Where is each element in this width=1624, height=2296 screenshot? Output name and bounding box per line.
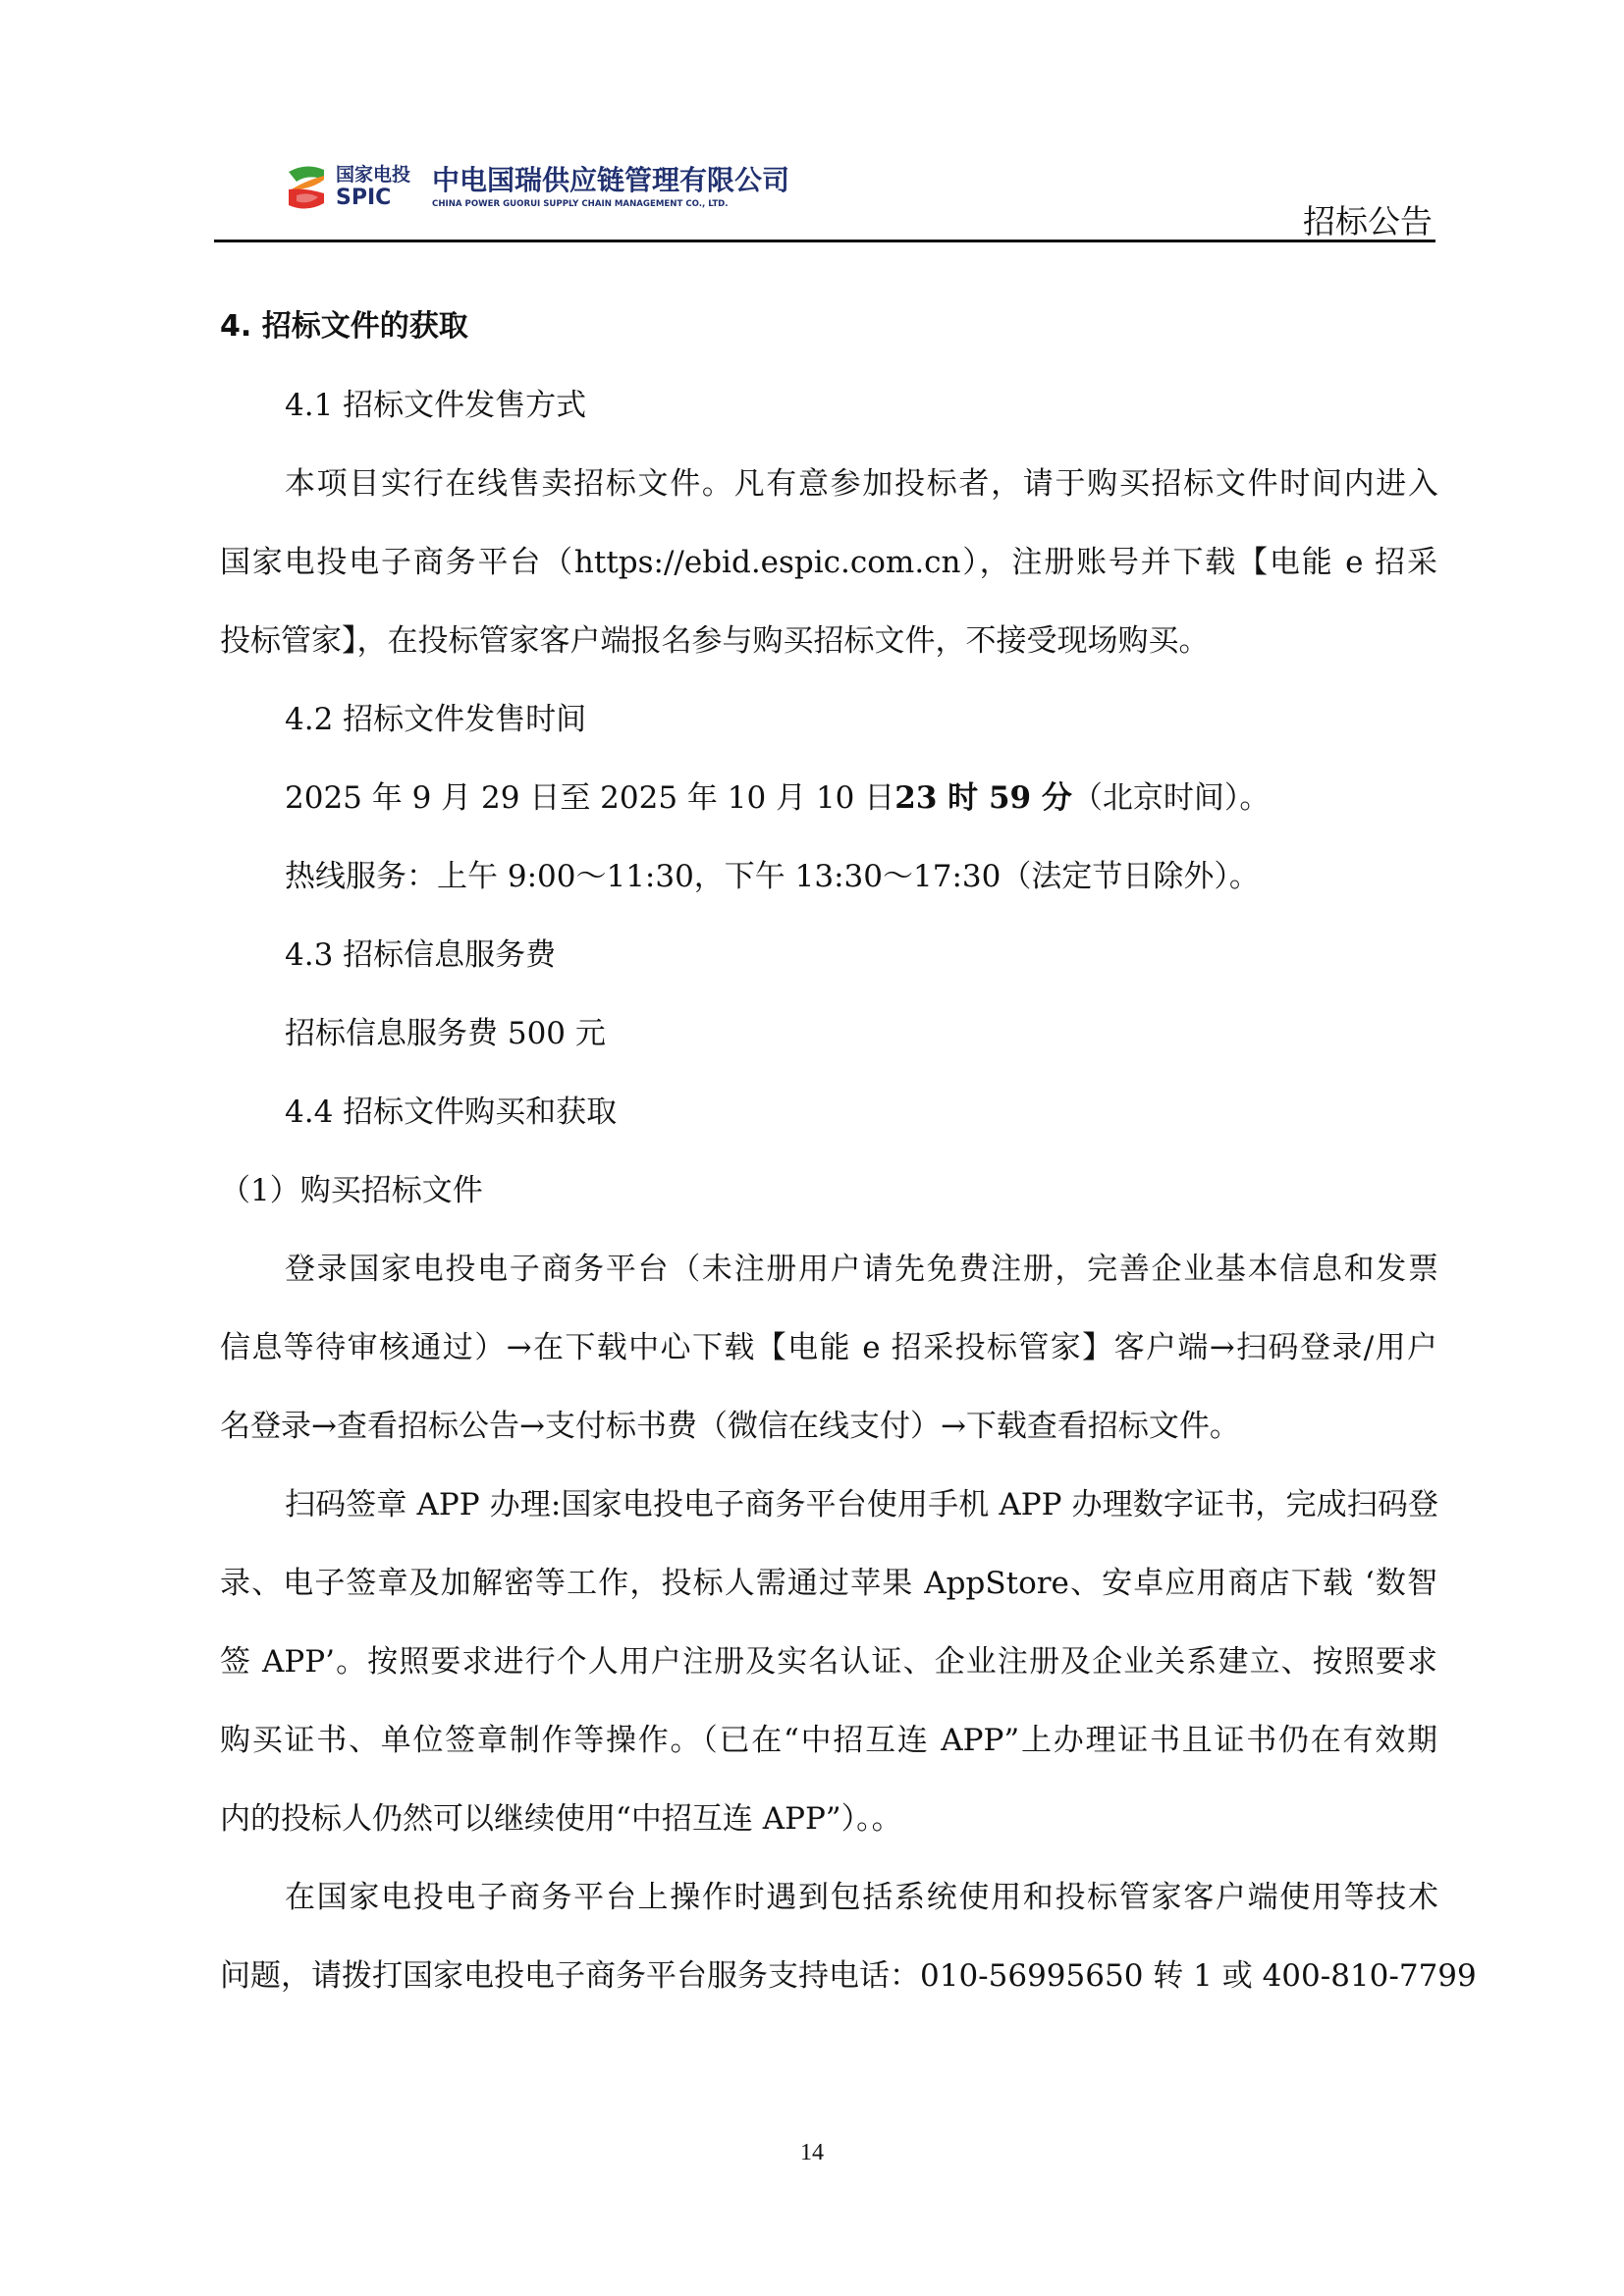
paragraph-line: 国家电投电子商务平台（https://ebid.espic.com.cn），注册… [220, 543, 1437, 582]
spic-logo-icon [285, 162, 328, 213]
subsection-4-1-title: 4.1 招标文件发售方式 [285, 386, 586, 425]
paragraph-line: 本项目实行在线售卖招标文件。凡有意参加投标者，请于购买招标文件时间内进入 [285, 464, 1438, 504]
sale-date-range: 2025 年 9 月 29 日至 2025 年 10 月 10 日 [285, 780, 894, 816]
paragraph-line: 投标管家】，在投标管家客户端报名参与购买招标文件，不接受现场购买。 [220, 621, 1210, 661]
brand-en: SPIC [336, 187, 410, 209]
sale-deadline-time: 23 时 59 分 [894, 780, 1072, 816]
company-logo: 国家电投 SPIC 中电国瑞供应链管理有限公司 CHINA POWER GUOR… [285, 157, 789, 218]
paragraph-line: 信息等待审核通过）→在下载中心下载【电能 e 招采投标管家】客户端→扫码登录/用… [220, 1328, 1437, 1367]
header-divider [214, 240, 1435, 242]
paragraph-line: 签 APP’。按照要求进行个人用户注册及实名认证、企业注册及企业关系建立、按照要… [220, 1642, 1437, 1682]
support-phone-line: 问题，请拨打国家电投电子商务平台服务支持电话：010-56995650 转 1 … [220, 1956, 1437, 1996]
header-title: 招标公告 [1303, 196, 1433, 242]
service-fee: 招标信息服务费 500 元 [285, 1014, 606, 1053]
brand-cn: 国家电投 [336, 166, 410, 185]
paragraph-line: 录、电子签章及加解密等工作，投标人需通过苹果 AppStore、安卓应用商店下载… [220, 1564, 1437, 1603]
hotline-hours: 热线服务：上午 9:00～11:30，下午 13:30～17:30（法定节日除外… [285, 857, 1260, 896]
brand-name: 国家电投 SPIC [336, 166, 410, 209]
timezone-note: （北京时间）。 [1072, 780, 1271, 816]
paragraph-line: 内的投标人仍然可以继续使用“中招互连 APP”）。。 [220, 1799, 902, 1839]
subsection-4-2-title: 4.2 招标文件发售时间 [285, 700, 586, 739]
sale-period: 2025 年 9 月 29 日至 2025 年 10 月 10 日23 时 59… [285, 778, 1270, 818]
paragraph-line: 在国家电投电子商务平台上操作时遇到包括系统使用和投标管家客户端使用等技术 [285, 1878, 1438, 1917]
company-cn: 中电国瑞供应链管理有限公司 [432, 167, 789, 194]
paragraph-line: 扫码签章 APP 办理:国家电投电子商务平台使用手机 APP 办理数字证书，完成… [285, 1485, 1438, 1524]
subsection-4-3-title: 4.3 招标信息服务费 [285, 935, 556, 975]
document-page: 国家电投 SPIC 中电国瑞供应链管理有限公司 CHINA POWER GUOR… [0, 0, 1624, 2296]
company-name: 中电国瑞供应链管理有限公司 CHINA POWER GUORUI SUPPLY … [432, 167, 789, 209]
section-heading: 4. 招标文件的获取 [220, 307, 468, 347]
paragraph-line: 名登录→查看招标公告→支付标书费（微信在线支付）→下载查看招标文件。 [220, 1407, 1240, 1446]
paragraph-line: 登录国家电投电子商务平台（未注册用户请先免费注册，完善企业基本信息和发票 [285, 1250, 1438, 1289]
purchase-subheading: （1）购买招标文件 [220, 1171, 483, 1210]
company-en: CHINA POWER GUORUI SUPPLY CHAIN MANAGEME… [432, 200, 789, 209]
subsection-4-4-title: 4.4 招标文件购买和获取 [285, 1093, 617, 1132]
page-number: 14 [0, 2140, 1624, 2166]
paragraph-line: 购买证书、单位签章制作等操作。（已在“中招互连 APP”上办理证书且证书仍在有效… [220, 1721, 1437, 1760]
